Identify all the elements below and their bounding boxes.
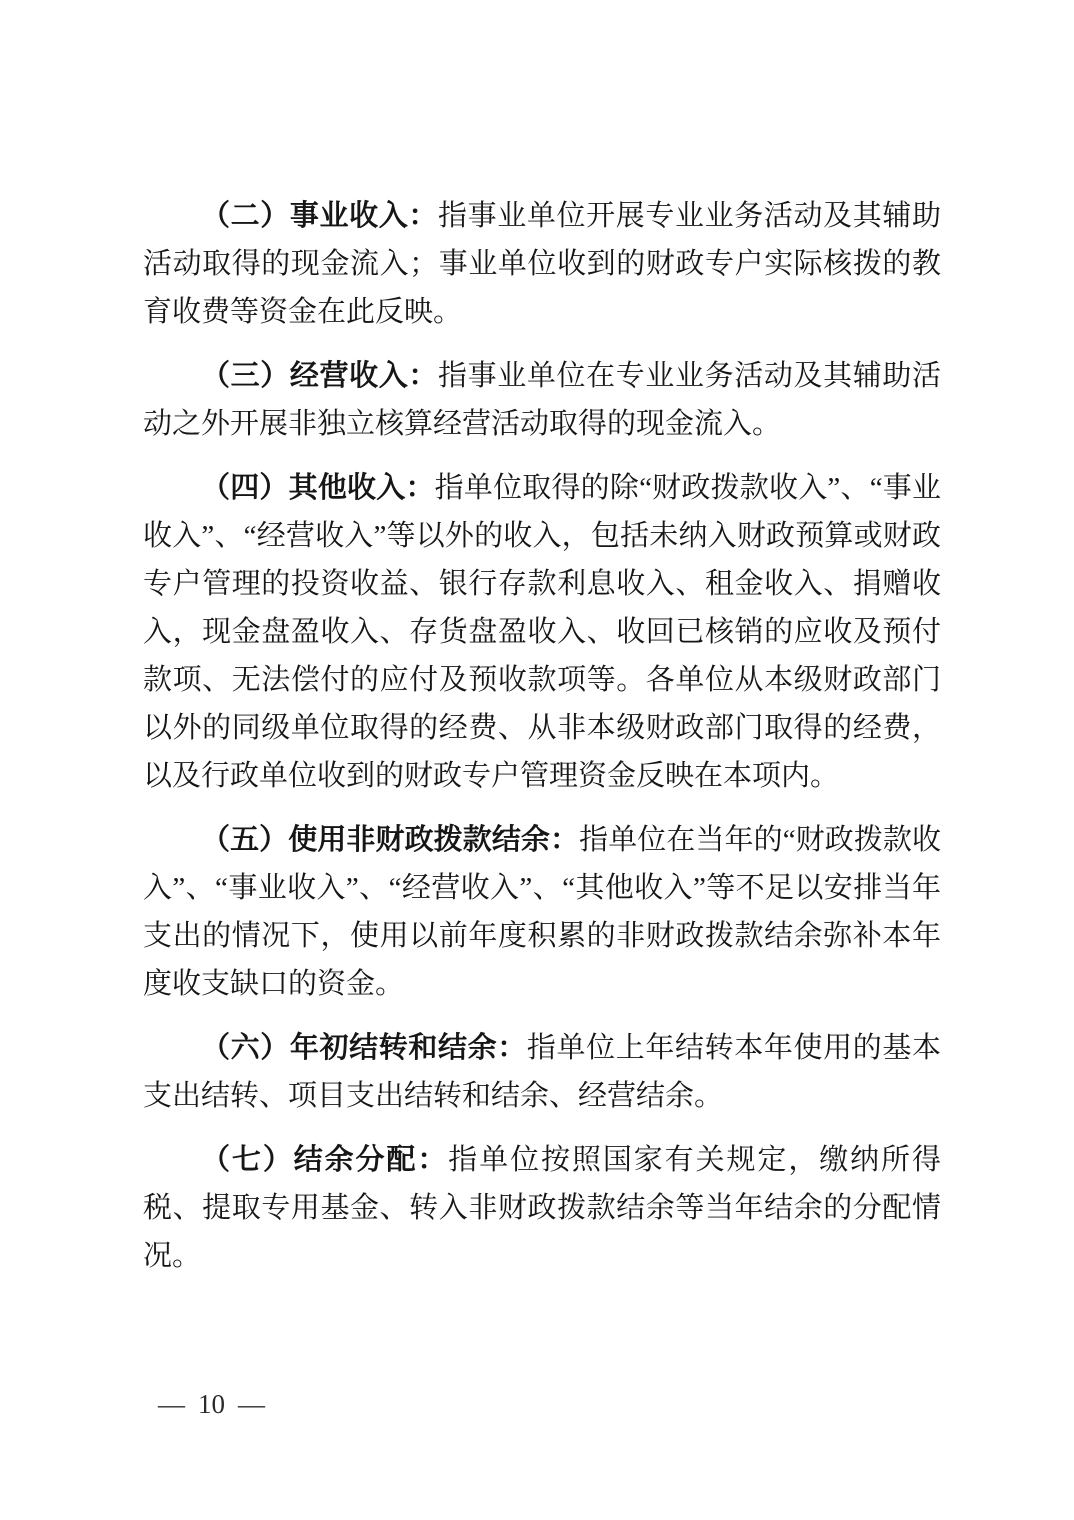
definition-term: （五）使用非财政拨款结余： bbox=[201, 824, 579, 856]
definition-paragraph: （五）使用非财政拨款结余：指单位在当年的“财政拨款收入”、“事业收入”、“经营收… bbox=[143, 816, 941, 1008]
footer-dash-right: — bbox=[238, 1388, 265, 1420]
definition-paragraph: （四）其他收入：指单位取得的除“财政拨款收入”、“事业收入”、“经营收入”等以外… bbox=[143, 464, 941, 800]
definition-term: （四）其他收入： bbox=[201, 472, 435, 504]
definition-paragraph: （三）经营收入：指事业单位在专业业务活动及其辅助活动之外开展非独立核算经营活动取… bbox=[143, 352, 941, 448]
document-body: （二）事业收入：指事业单位开展专业业务活动及其辅助活动取得的现金流入；事业单位收… bbox=[143, 192, 941, 1296]
definition-term: （二）事业收入： bbox=[201, 200, 438, 232]
definition-paragraph: （六）年初结转和结余：指单位上年结转本年使用的基本支出结转、项目支出结转和结余、… bbox=[143, 1024, 941, 1120]
document-page: （二）事业收入：指事业单位开展专业业务活动及其辅助活动取得的现金流入；事业单位收… bbox=[0, 0, 1074, 1520]
definition-term: （七）结余分配： bbox=[201, 1144, 448, 1176]
definition-term: （六）年初结转和结余： bbox=[201, 1032, 527, 1064]
definition-paragraph: （二）事业收入：指事业单位开展专业业务活动及其辅助活动取得的现金流入；事业单位收… bbox=[143, 192, 941, 336]
footer-dash-left: — bbox=[158, 1388, 185, 1420]
definition-text: 指单位取得的除“财政拨款收入”、“事业收入”、“经营收入”等以外的收入，包括未纳… bbox=[143, 472, 941, 792]
definition-paragraph: （七）结余分配：指单位按照国家有关规定，缴纳所得税、提取专用基金、转入非财政拨款… bbox=[143, 1136, 941, 1280]
page-number: 10 bbox=[198, 1388, 225, 1420]
definition-term: （三）经营收入： bbox=[201, 360, 438, 392]
page-footer: — 10 — bbox=[158, 1388, 265, 1420]
